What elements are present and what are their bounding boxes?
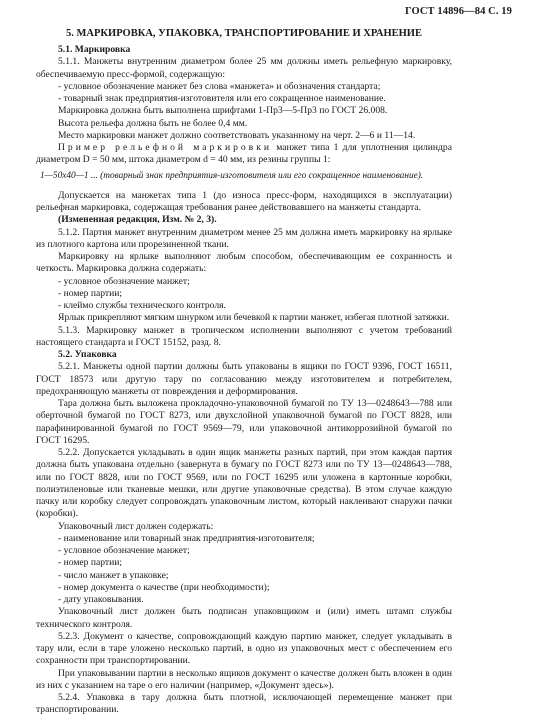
list-item: - номер партии; <box>36 557 452 569</box>
revision-note: (Измененная редакция, Изм. № 2, 3). <box>36 214 452 226</box>
paragraph-font: Маркировка должна быть выполнена шрифтам… <box>36 105 452 117</box>
list-item: - число манжет в упаковке; <box>36 570 452 582</box>
paragraph-list-intro: Упаковочный лист должен содержать: <box>36 521 452 533</box>
paragraph-example: Пример рельефной маркировки манжет типа … <box>36 142 452 167</box>
list-item: - клеймо службы технического контроля. <box>36 300 452 312</box>
paragraph-5-1-3: 5.1.3. Маркировку манжет в тропическом и… <box>36 325 452 350</box>
paragraph-signed: Упаковочный лист должен быть подписан уп… <box>36 606 452 631</box>
list-item: - дату упаковывания. <box>36 594 452 606</box>
example-label: Пример рельефной маркировки <box>58 142 272 153</box>
list-item: - условное обозначение манжет; <box>36 276 452 288</box>
paragraph-height: Высота рельефа должна быть не более 0,4 … <box>36 118 452 130</box>
section-title: 5. МАРКИРОВКА, УПАКОВКА, ТРАНСПОРТИРОВАН… <box>36 28 452 39</box>
list-item: - условное обозначение манжет; <box>36 545 452 557</box>
paragraph-5-2-4: 5.2.4. Упаковка в тару должна быть плотн… <box>36 692 452 717</box>
subsection-heading-marking: 5.1. Маркировка <box>36 44 452 56</box>
list-item: - номер документа о качестве (при необхо… <box>36 582 452 594</box>
paragraph-5-2-2: 5.2.2. Допускается укладывать в один ящи… <box>36 447 452 521</box>
subsection-heading-packing: 5.2. Упаковка <box>36 349 452 361</box>
paragraph-5-1-2: 5.1.2. Партия манжет внутренним диаметро… <box>36 227 452 252</box>
paragraph-allowed: Допускается на манжетах типа 1 (до износ… <box>36 190 452 215</box>
paragraph-5-2-1: 5.2.1. Манжеты одной партии должны быть … <box>36 361 452 398</box>
example-code: 1—50x40—1 ... (товарный знак предприятия… <box>36 170 452 182</box>
list-item: - товарный знак предприятия-изготовителя… <box>36 93 452 105</box>
page-header: ГОСТ 14896—84 С. 19 <box>405 6 512 17</box>
document-body: 5.1. Маркировка 5.1.1. Манжеты внутренни… <box>36 44 452 717</box>
paragraph-tie: Ярлык прикрепляют мягким шнурком или беч… <box>36 312 452 324</box>
paragraph-5-1-1: 5.1.1. Манжеты внутренним диаметром боле… <box>36 56 452 81</box>
paragraph-boxes: При упаковывании партии в несколько ящик… <box>36 668 452 693</box>
list-item: - условное обозначение манжет без слова … <box>36 81 452 93</box>
list-item: - наименование или товарный знак предпри… <box>36 533 452 545</box>
paragraph-5-2-3: 5.2.3. Документ о качестве, сопровождающ… <box>36 631 452 668</box>
paragraph-tara: Тара должна быть выложена прокладочно-уп… <box>36 398 452 447</box>
paragraph-place: Место маркировки манжет должно соответст… <box>36 130 452 142</box>
paragraph-label: Маркировку на ярлыке выполняют любым спо… <box>36 251 452 276</box>
list-item: - номер партии; <box>36 288 452 300</box>
